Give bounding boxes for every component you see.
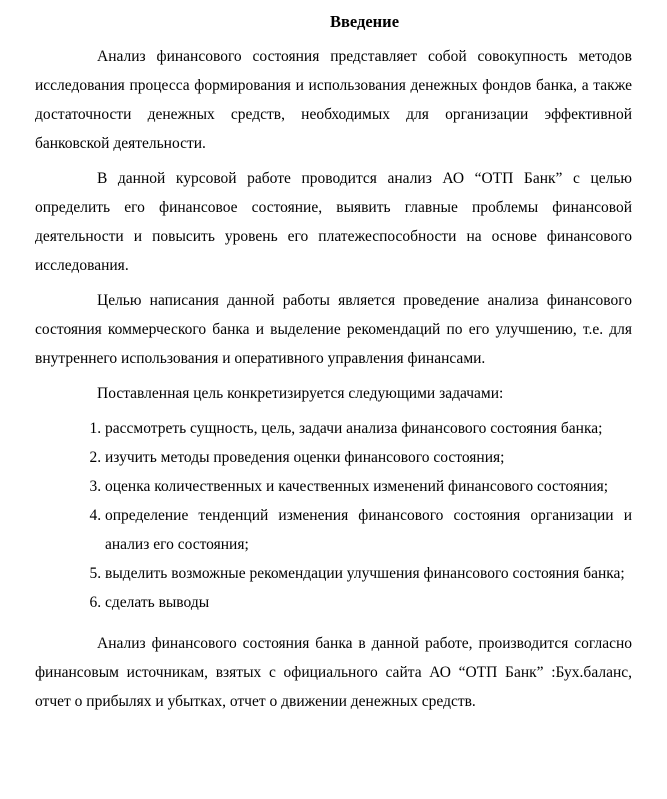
paragraph-intro-definition: Анализ финансового состояния представляе… bbox=[35, 42, 632, 158]
page-title: Введение bbox=[35, 7, 632, 36]
closing-paragraph: Анализ финансового состояния банка в дан… bbox=[35, 629, 632, 716]
task-item-3: оценка количественных и качественных изм… bbox=[105, 472, 632, 501]
tasks-intro: Поставленная цель конкретизируется следу… bbox=[35, 379, 632, 408]
task-list: рассмотреть сущность, цель, задачи анали… bbox=[35, 414, 632, 617]
task-item-6: сделать выводы bbox=[105, 588, 632, 617]
task-item-4: определение тенденций изменения финансов… bbox=[105, 501, 632, 559]
paragraph-coursework-goal: В данной курсовой работе проводится анал… bbox=[35, 164, 632, 280]
task-item-5: выделить возможные рекомендации улучшени… bbox=[105, 559, 632, 588]
task-item-1: рассмотреть сущность, цель, задачи анали… bbox=[105, 414, 632, 443]
paragraph-work-purpose: Целью написания данной работы является п… bbox=[35, 286, 632, 373]
task-item-2: изучить методы проведения оценки финансо… bbox=[105, 443, 632, 472]
document-page: Введение Анализ финансового состояния пр… bbox=[0, 0, 667, 799]
